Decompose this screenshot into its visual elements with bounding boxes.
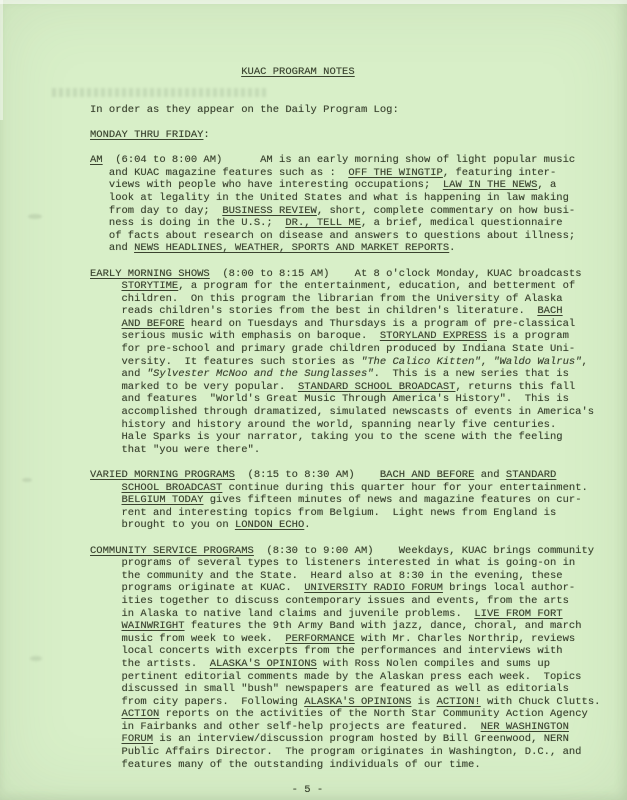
program-paragraph-community-service-programs: COMMUNITY SERVICE PROGRAMS (8:30 to 9:00… [90, 545, 600, 772]
text-line: features many of the outstanding individ… [90, 759, 600, 772]
text-line: SCHOOL BROADCAST continue during this qu… [90, 482, 600, 495]
text-line: versity. It features such stories as "Th… [90, 356, 600, 369]
intro-line: In order as they appear on the Daily Pro… [90, 104, 600, 117]
text-line: pertinent editorial comments made by the… [90, 671, 600, 684]
document-page: KUAC PROGRAM NOTESIn order as they appea… [0, 0, 627, 800]
text-line: accomplished through dramatized, simulat… [90, 406, 600, 419]
text-line: ness is doing in the U.S.; DR., TELL ME,… [90, 217, 600, 230]
text-line: KUAC PROGRAM NOTES [90, 66, 600, 79]
program-paragraph-am: AM (6:04 to 8:00 AM) AM is an early morn… [90, 154, 600, 255]
text-line: and "Sylvester McNoo and the Sunglasses"… [90, 368, 600, 381]
text-line: programs of several types to listeners i… [90, 557, 600, 570]
text-line: FORUM is an interview/discussion program… [90, 733, 600, 746]
text-line: look at legality in the United States an… [90, 192, 600, 205]
paper-speck [28, 214, 42, 219]
text-line: from day to day; BUSINESS REVIEW, short,… [90, 205, 600, 218]
text-line: programs originate at KUAC. UNIVERSITY R… [90, 582, 600, 595]
text-line: VARIED MORNING PROGRAMS (8:15 to 8:30 AM… [90, 469, 600, 482]
text-line: and features "World's Great Music Throug… [90, 393, 600, 406]
text-line: children. On this program the librarian … [90, 293, 600, 306]
text-line: COMMUNITY SERVICE PROGRAMS (8:30 to 9:00… [90, 545, 600, 558]
text-line: history and history around the world, sp… [90, 419, 600, 432]
text-line: of facts about research on disease and a… [90, 230, 600, 243]
text-line: views with people who have interesting o… [90, 179, 600, 192]
text-line: in Fairbanks and other self-help project… [90, 721, 600, 734]
text-line: marked to be very popular. STANDARD SCHO… [90, 381, 600, 394]
text-line: AND BEFORE heard on Tuesdays and Thursda… [90, 318, 600, 331]
text-line: local concerts with excerpts from the pe… [90, 645, 600, 658]
program-paragraph-varied-morning-programs: VARIED MORNING PROGRAMS (8:15 to 8:30 AM… [90, 469, 600, 532]
text-line: and NEWS HEADLINES, WEATHER, SPORTS AND … [90, 242, 600, 255]
text-line: that "you were there". [90, 444, 600, 457]
text-line: STORYTIME, a program for the entertainme… [90, 280, 600, 293]
text-line: rent and interesting topics from Belgium… [90, 507, 600, 520]
text-line: discussed in small "bush" newspapers are… [90, 683, 600, 696]
text-line: - 5 - [90, 784, 600, 797]
text-line: EARLY MORNING SHOWS (8:00 to 8:15 AM) At… [90, 268, 600, 281]
text-line: serious music with emphasis on baroque. … [90, 330, 600, 343]
text-line: the community and the State. Heard also … [90, 570, 600, 583]
text-line: in Alaska to native land claims and juve… [90, 608, 600, 621]
paper-speck [22, 478, 32, 482]
text-line: Hale Sparks is your narrator, taking you… [90, 431, 600, 444]
day-heading: MONDAY THRU FRIDAY: [90, 129, 600, 142]
text-line: ities together to discuss contemporary i… [90, 595, 600, 608]
text-line: MONDAY THRU FRIDAY: [90, 129, 600, 142]
text-line: ACTION reports on the activities of the … [90, 708, 600, 721]
typewritten-text: KUAC PROGRAM NOTESIn order as they appea… [90, 66, 600, 796]
text-line: In order as they appear on the Daily Pro… [90, 104, 600, 117]
text-line: reads children's stories from the best i… [90, 305, 600, 318]
text-line: music from week to week. PERFORMANCE wit… [90, 633, 600, 646]
text-line: Public Affairs Director. The program ori… [90, 746, 600, 759]
program-paragraph-early-morning-shows: EARLY MORNING SHOWS (8:00 to 8:15 AM) At… [90, 268, 600, 457]
text-line: WAINWRIGHT features the 9th Army Band wi… [90, 620, 600, 633]
text-line: brought to you on LONDON ECHO. [90, 519, 600, 532]
text-line: BELGIUM TODAY gives fifteen minutes of n… [90, 494, 600, 507]
text-line: and KUAC magazine features such as : OFF… [90, 167, 600, 180]
text-line: from city papers. Following ALASKA'S OPI… [90, 696, 600, 709]
paper-speck [30, 656, 42, 661]
page-number: - 5 - [90, 784, 600, 797]
doc-title: KUAC PROGRAM NOTES [90, 66, 600, 79]
text-line: for pre-school and primary grade childre… [90, 343, 600, 356]
text-line: AM (6:04 to 8:00 AM) AM is an early morn… [90, 154, 600, 167]
text-line: the artists. ALASKA'S OPINIONS with Ross… [90, 658, 600, 671]
